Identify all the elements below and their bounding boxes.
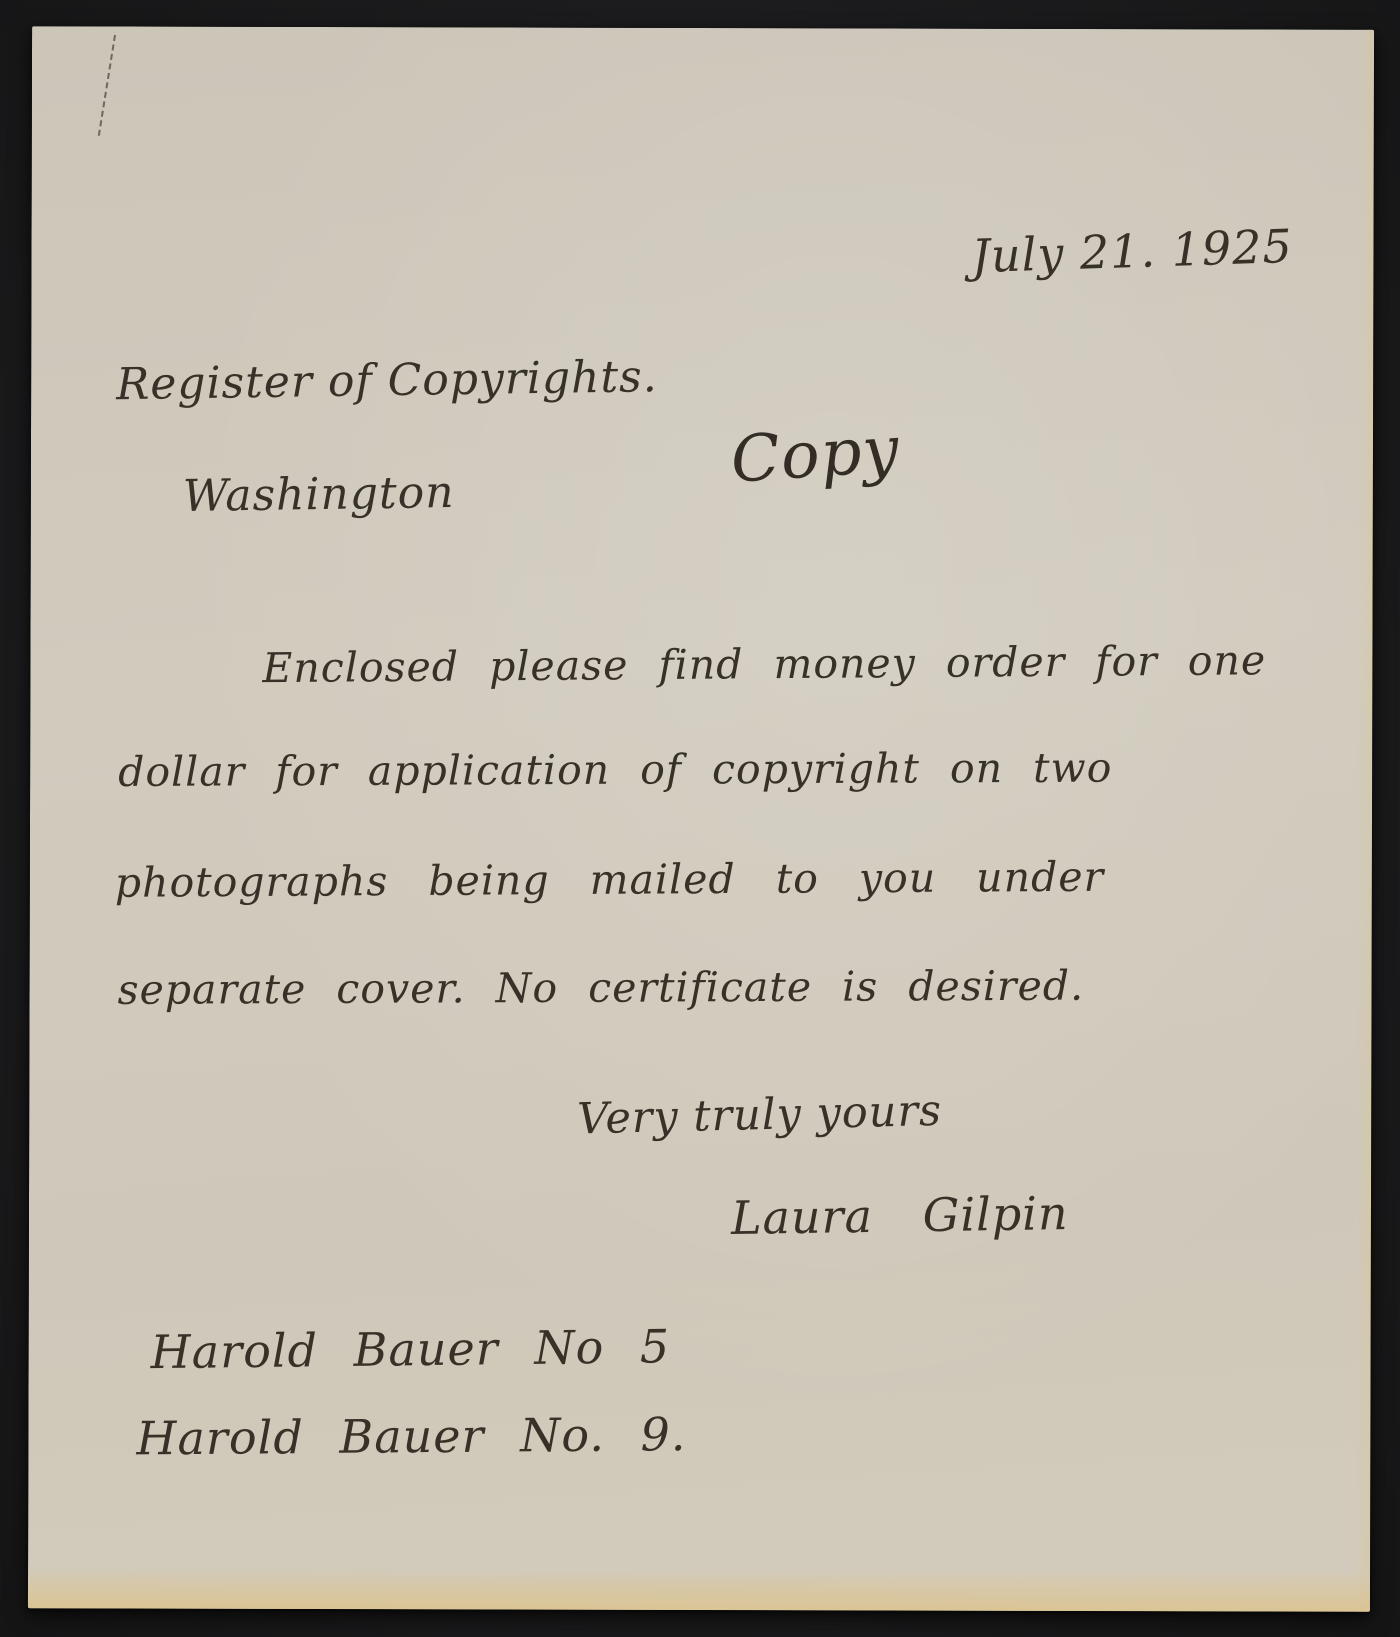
signature: Laura Gilpin	[731, 1186, 1069, 1245]
letter-date: July 21. 1925	[971, 219, 1294, 283]
reference-line-2: Harold Bauer No. 9.	[136, 1407, 686, 1465]
closing-line: Very truly yours	[577, 1086, 943, 1145]
body-line-4: separate cover. No certificate is desire…	[117, 962, 1084, 1014]
paper-edge-discoloration-right	[1354, 30, 1374, 1612]
copy-annotation: Copy	[729, 413, 902, 498]
body-line-2: dollar for application of copyright on t…	[118, 744, 1112, 796]
reference-line-1: Harold Bauer No 5	[150, 1319, 670, 1379]
body-line-3: photographs being mailed to you under	[115, 853, 1105, 907]
paper-edge-discoloration-bottom	[28, 1568, 1370, 1612]
scan-background: July 21. 1925 Register of Copyrights. Wa…	[0, 0, 1400, 1637]
letter-sheet: July 21. 1925 Register of Copyrights. Wa…	[28, 26, 1374, 1612]
crease-mark	[98, 35, 117, 136]
recipient-line-1: Register of Copyrights.	[116, 351, 658, 410]
body-line-1: Enclosed please find money order for one	[262, 636, 1266, 692]
recipient-line-2: Washington	[182, 467, 454, 522]
